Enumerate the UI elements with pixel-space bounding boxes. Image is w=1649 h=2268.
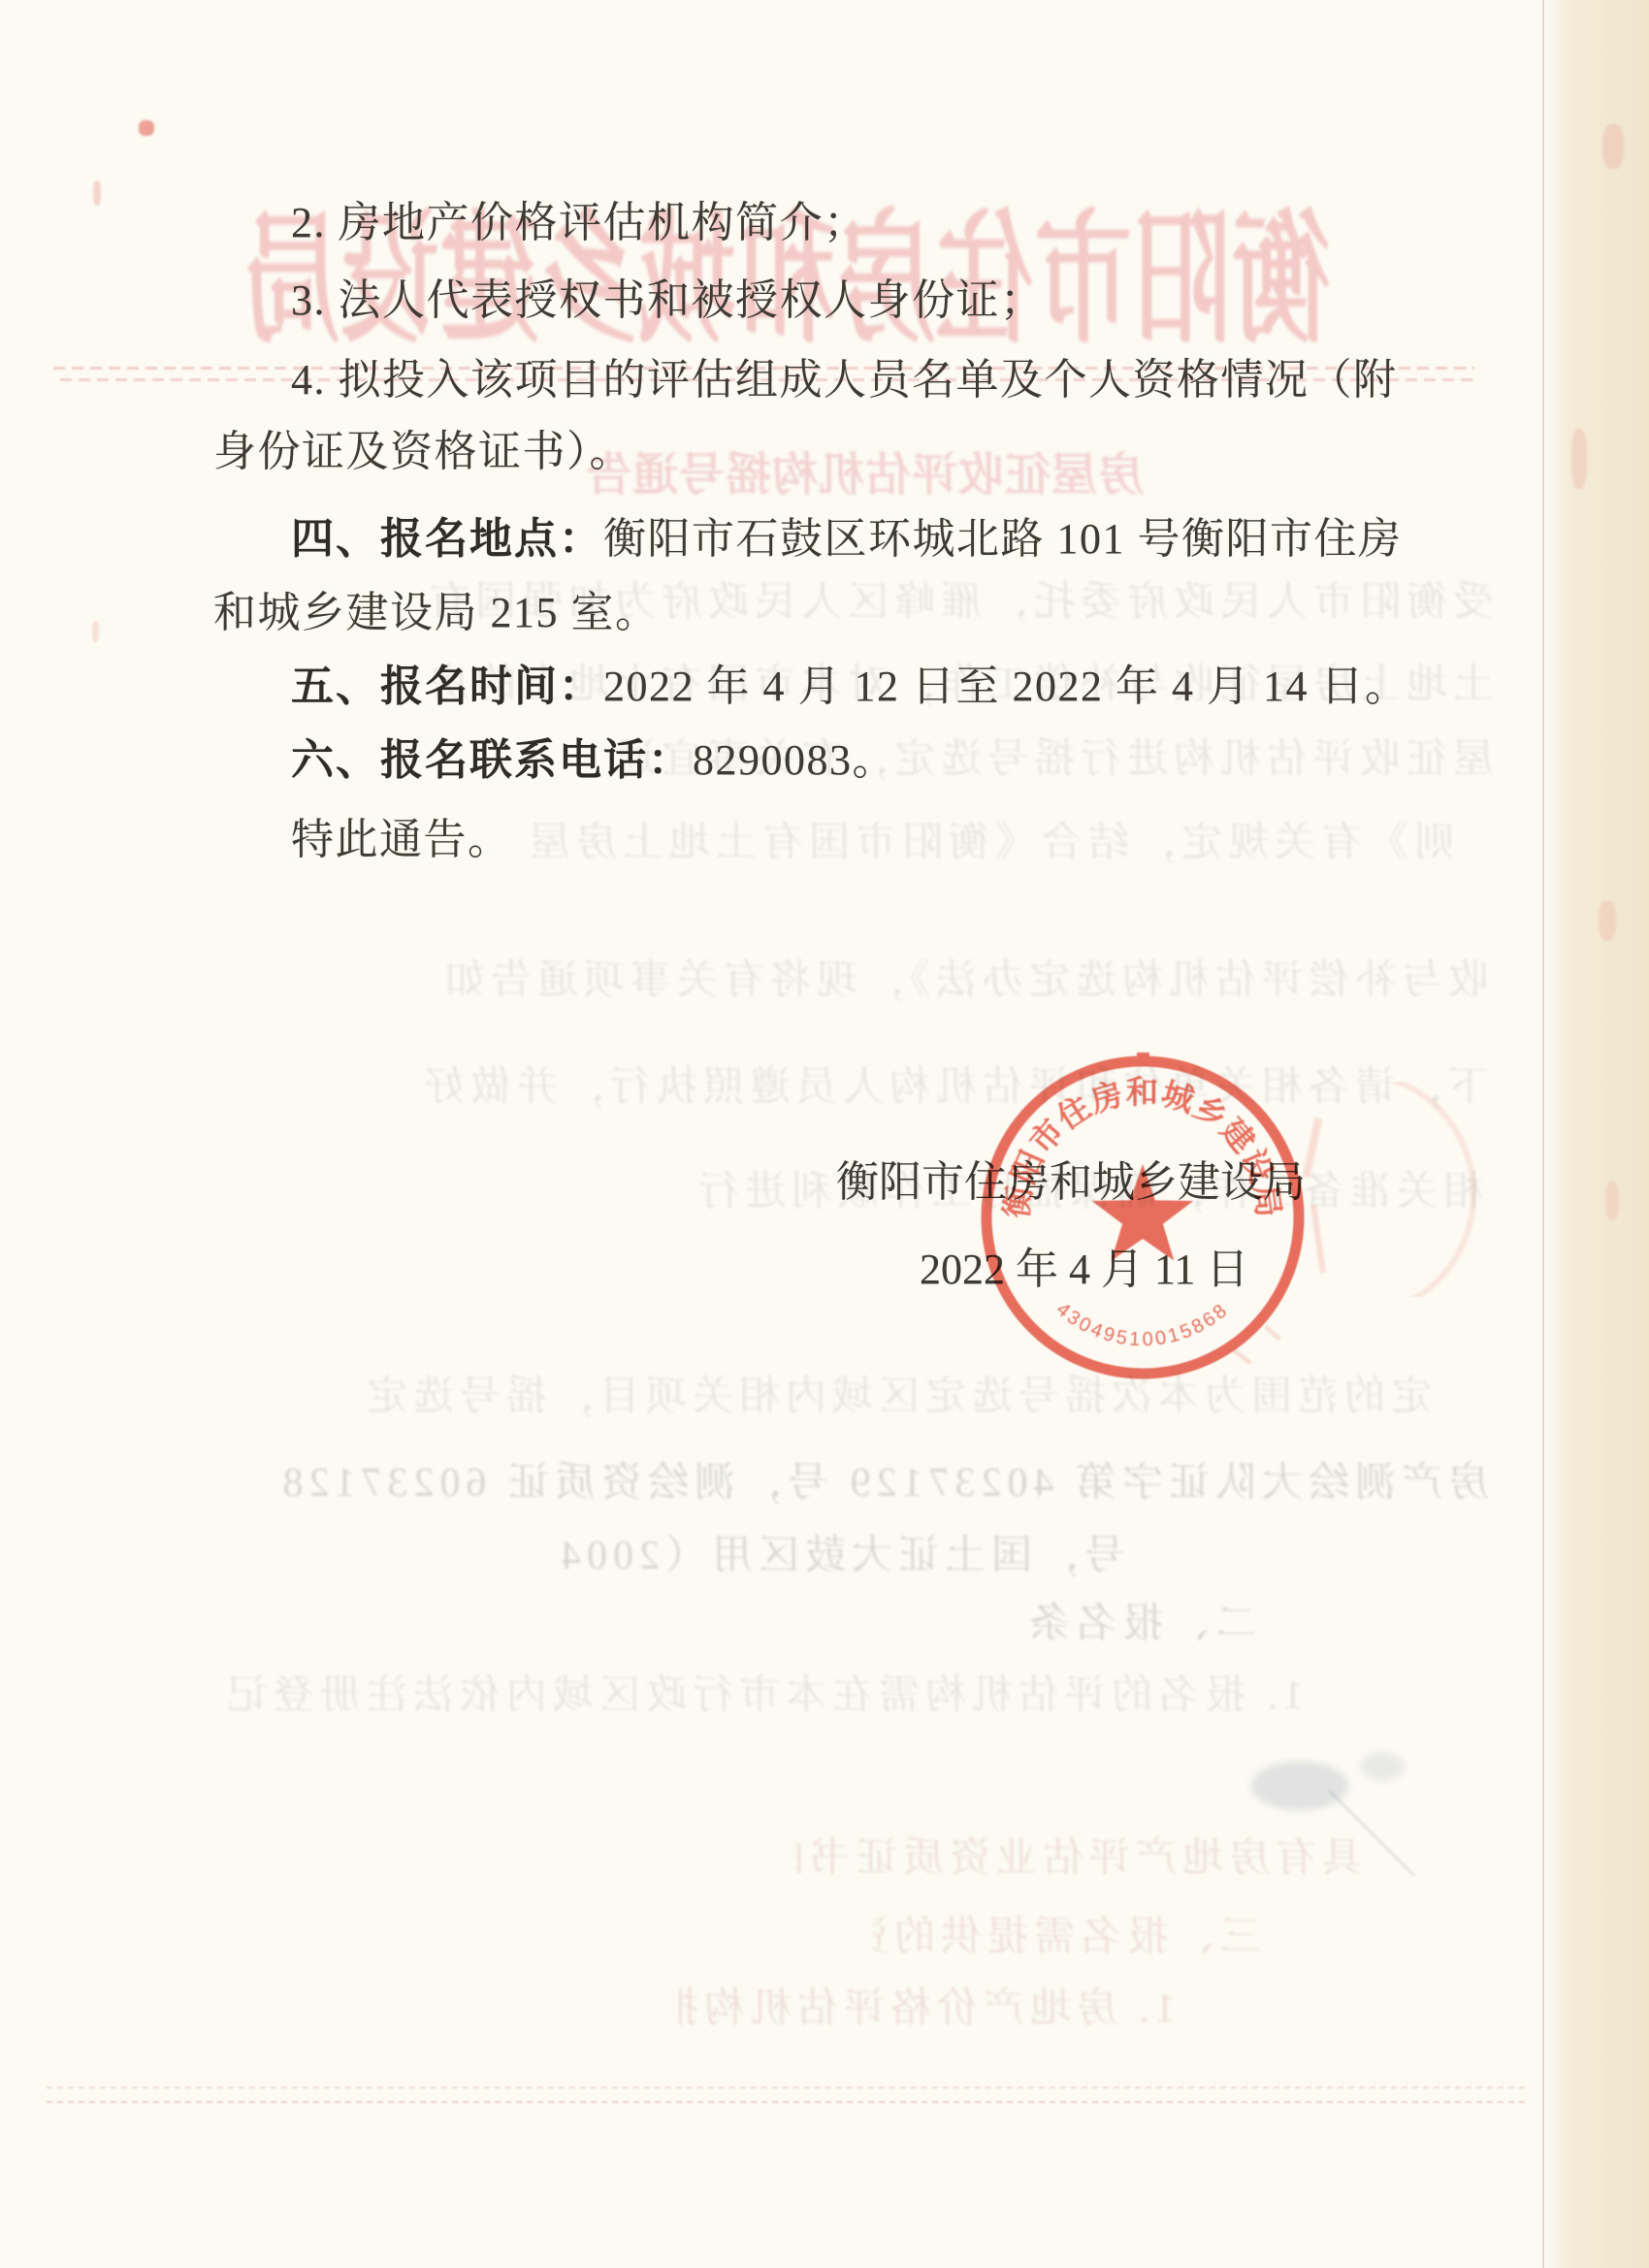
body-line: 身份证及资格证书）。 [213, 423, 633, 481]
body-line: 2. 房地产价格评估机构简介； [291, 194, 868, 252]
seal-serial-number: 43049510015868 [1052, 1299, 1234, 1350]
line-text: 8290083。 [693, 736, 896, 784]
body-line: 六、报名联系电话：8290083。 [291, 731, 896, 790]
stain-mark [1251, 1762, 1348, 1810]
line-label: 四、报名地点： [291, 515, 603, 563]
seal-notch [1137, 1053, 1149, 1063]
scanned-document-page: 衡阳市住房和城乡建设局 房屋征收评估机构摇号通告 受衡阳市人民政府委托，雁峰区人… [0, 0, 1649, 2268]
body-line: 五、报名时间：2022 年 4 月 12 日至 2022 年 4 月 14 日。 [291, 658, 1409, 716]
body-line: 和城乡建设局 215 室。 [213, 584, 660, 642]
stain-mark [139, 120, 154, 136]
body-line: 特此通告。 [291, 811, 512, 869]
body-line: 四、报名地点：衡阳市石鼓区环城北路 101 号衡阳市住房 [291, 510, 1403, 568]
line-text: 2. 房地产价格评估机构简介； [291, 199, 868, 246]
body-line: 3. 法人代表授权书和被授权人身份证； [291, 272, 1045, 330]
stain-mark [1605, 1182, 1619, 1220]
stain-mark [1602, 124, 1624, 169]
seal-star-icon [1092, 1164, 1194, 1261]
line-text: 特此通告。 [291, 816, 512, 863]
stain-mark [92, 621, 99, 642]
body-line: 4. 拟投入该项目的评估组成人员名单及个人资格情况（附 [291, 351, 1398, 409]
line-text: 4. 拟投入该项目的评估组成人员名单及个人资格情况（附 [291, 356, 1398, 404]
page-edge-line [1542, 0, 1544, 2268]
svg-text:43049510015868: 43049510015868 [1052, 1299, 1234, 1350]
line-text: 3. 法人代表授权书和被授权人身份证； [291, 276, 1045, 324]
line-text: 身份证及资格证书）。 [213, 428, 633, 475]
page-edge-shading [1544, 0, 1649, 2268]
line-label: 五、报名时间： [291, 663, 603, 710]
line-text: 衡阳市石鼓区环城北路 101 号衡阳市住房 [603, 515, 1403, 563]
stain-mark [1599, 900, 1616, 941]
stain-mark [1571, 429, 1587, 489]
stain-mark [1360, 1752, 1405, 1781]
stain-mark [93, 180, 101, 206]
line-text: 2022 年 4 月 12 日至 2022 年 4 月 14 日。 [603, 663, 1409, 710]
line-label: 六、报名联系电话： [291, 736, 693, 784]
line-text: 和城乡建设局 215 室。 [213, 589, 660, 636]
official-seal: 衡阳市住房和城乡建设局 43049510015868 [978, 1053, 1308, 1382]
